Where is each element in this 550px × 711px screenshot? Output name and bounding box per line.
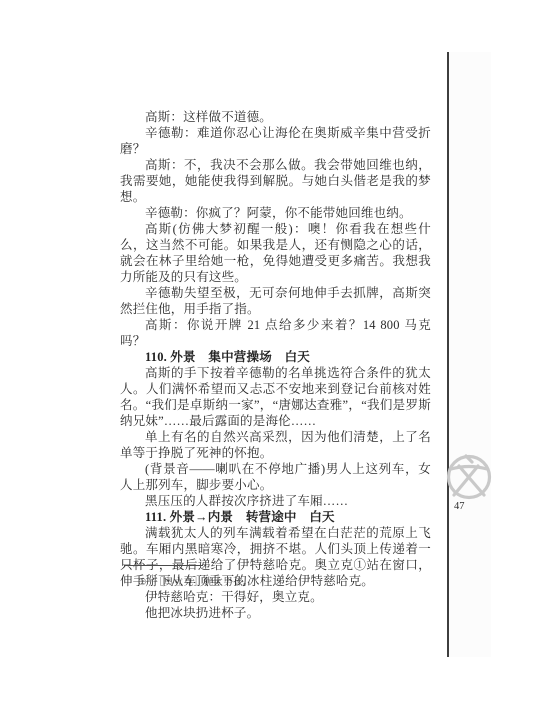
footnote-marker: ① [138, 578, 147, 588]
action-paragraph: 黑压压的人群按次序挤进了车厢…… [120, 493, 431, 509]
dialogue-paragraph: 高斯(仿佛大梦初醒一般)：噢！你看我在想些什么，这当然不可能。如果我是人，还有恻… [120, 221, 431, 285]
scene-heading: 110. 外景 集中营操场 白天 [120, 349, 431, 365]
footnote: ①［奥立克］犹太男孩。 [138, 574, 253, 588]
dialogue-paragraph: 伊特慈哈克：干得好，奥立克。 [120, 589, 431, 605]
page-border-line [447, 52, 449, 657]
action-paragraph: 辛德勒失望至极，无可奈何地伸手去抓牌，高斯突然拦住他，用手指了指。 [120, 285, 431, 317]
dialogue-paragraph: 辛德勒：你疯了？阿蒙，你不能带她回维也纳。 [120, 205, 431, 221]
dialogue-paragraph: 辛德勒：难道你忍心让海伦在奥斯威辛集中营受折磨？ [120, 125, 431, 157]
book-page: 高斯：这样做不道德。辛德勒：难道你忍心让海伦在奥斯威辛集中营受折磨？高斯：不，我… [0, 0, 550, 711]
footnote-text: ［奥立克］犹太男孩。 [154, 578, 253, 588]
action-paragraph: 他把冰块扔进杯子。 [120, 605, 431, 621]
action-paragraph: 高斯的手下按着辛德勒的名单挑选符合条件的犹太人。人们满怀希望而又忐忑不安地来到登… [120, 365, 431, 429]
action-paragraph: (背景音——喇叭在不停地广播)男人上这列车，女人上那列车，脚步要小心。 [120, 461, 431, 493]
scene-heading: 111. 外景→内景 转营途中 白天 [120, 509, 431, 525]
script-body: 高斯：这样做不道德。辛德勒：难道你忍心让海伦在奥斯威辛集中营受折磨？高斯：不，我… [120, 109, 431, 621]
page-number: 47 [454, 501, 465, 512]
action-paragraph: 单上有名的自然兴高采烈，因为他们清楚，上了名单等于挣脱了死神的怀抱。 [120, 429, 431, 461]
publisher-wen-seal-icon [446, 450, 492, 502]
dialogue-paragraph: 高斯：不，我决不会那么做。我会带她回维也纳，我需要她，她能使我得到解脱。与她白头… [120, 157, 431, 205]
dialogue-paragraph: 高斯：这样做不道德。 [120, 109, 431, 125]
page-edge-shade [449, 52, 491, 657]
dialogue-paragraph: 高斯：你说开牌 21 点给多少来着？14 800 马克吗？ [120, 317, 431, 349]
footnote-rule [124, 565, 203, 566]
